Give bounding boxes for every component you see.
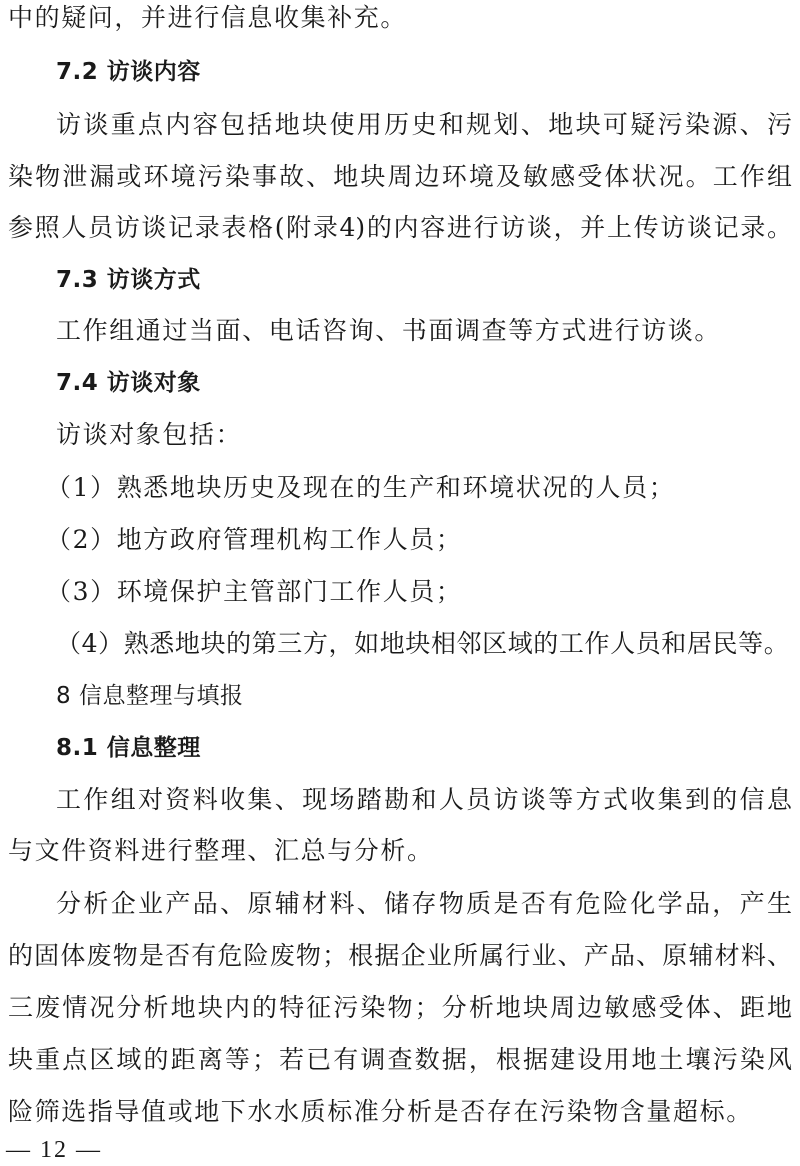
paragraph-line: 访谈重点内容包括地块使用历史和规划、地块可疑污染源、污 [56, 110, 792, 140]
list-item: （3）环境保护主管部门工作人员； [46, 577, 463, 607]
paragraph-line: 染物泄漏或环境污染事故、地块周边环境及敏感受体状况。工作组 [8, 162, 792, 192]
section-heading-8: 8 信息整理与填报 [56, 681, 243, 711]
page-number: — 12 — [6, 1137, 102, 1164]
paragraph-line: 中的疑问，并进行信息收集补充。 [8, 3, 407, 33]
paragraph-line: 三废情况分析地块内的特征污染物；分析地块周边敏感受体、距地 [8, 993, 792, 1023]
paragraph-line: 访谈对象包括： [56, 420, 242, 450]
list-item: （2）地方政府管理机构工作人员； [46, 525, 463, 555]
paragraph-line: 块重点区域的距离等；若已有调查数据，根据建设用地土壤污染风 [8, 1045, 792, 1075]
list-item: （4）熟悉地块的第三方，如地块相邻区域的工作人员和居民等。 [56, 629, 789, 659]
paragraph-line: 的固体废物是否有危险废物；根据企业所属行业、产品、原辅材料、 [8, 941, 792, 971]
section-heading-7-2: 7.2 访谈内容 [56, 57, 201, 87]
paragraph-line: 分析企业产品、原辅材料、储存物质是否有危险化学品，产生 [56, 889, 792, 919]
paragraph-line: 参照人员访谈记录表格(附录4)的内容进行访谈，并上传访谈记录。 [8, 213, 792, 243]
paragraph-line: 险筛选指导值或地下水水质标准分析是否存在污染物含量超标。 [8, 1097, 753, 1127]
section-heading-8-1: 8.1 信息整理 [56, 733, 201, 763]
list-item: （1）熟悉地块历史及现在的生产和环境状况的人员； [46, 473, 675, 503]
paragraph-line: 工作组对资料收集、现场踏勘和人员访谈等方式收集到的信息 [56, 785, 792, 815]
section-heading-7-3: 7.3 访谈方式 [56, 265, 201, 295]
paragraph-line: 与文件资料进行整理、汇总与分析。 [8, 836, 434, 866]
paragraph-line: 工作组通过当面、电话咨询、书面调查等方式进行访谈。 [56, 316, 721, 346]
section-heading-7-4: 7.4 访谈对象 [56, 368, 201, 398]
